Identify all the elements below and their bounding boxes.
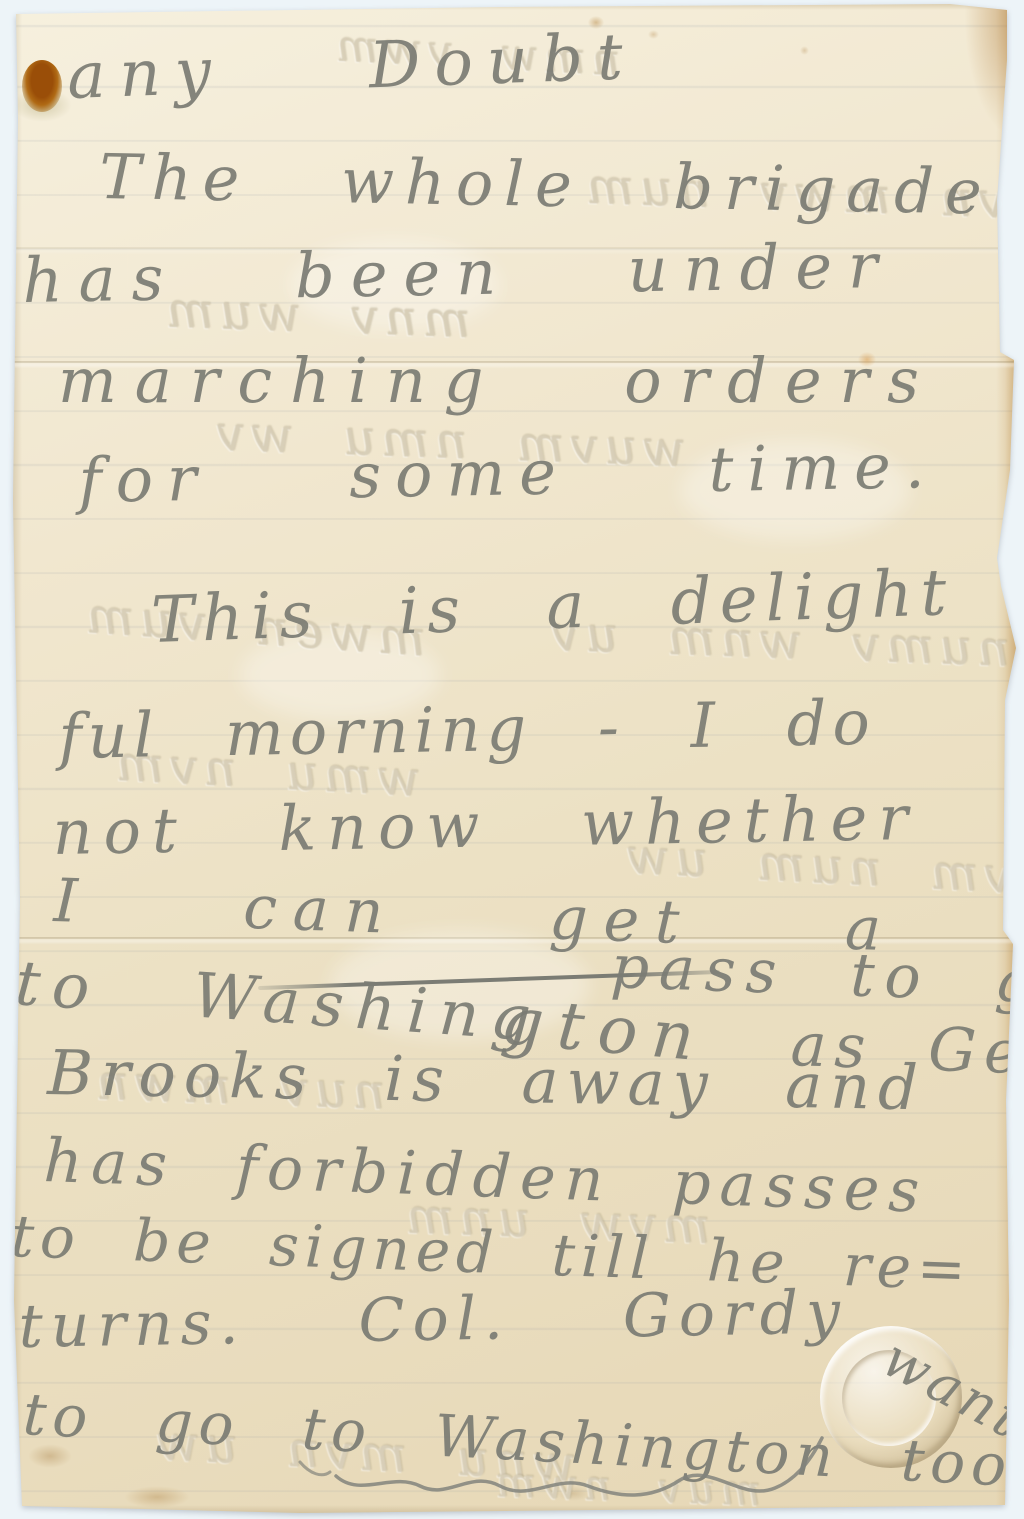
letter-line: for some time. xyxy=(78,429,939,517)
foxing-spot xyxy=(648,30,659,39)
letter-line: The whole brigade xyxy=(99,140,994,229)
paper-corner-top-right xyxy=(964,0,1024,140)
letter-line: ful morning - I do xyxy=(58,686,876,773)
paper-edge-top xyxy=(0,2,1024,10)
letter-page: nmw vwm wuvm nmu wv mwen vum numv wnm uv… xyxy=(0,0,1024,1519)
paper-sheet: nmw vwm wuvm nmu wv mwen vum numv wnm uv… xyxy=(0,0,1024,1519)
letter-line: Brooks is away and xyxy=(47,1036,927,1124)
foxing-spot xyxy=(800,46,809,55)
paper-edge-right xyxy=(996,0,1016,1519)
letter-line: has been under xyxy=(22,229,894,317)
letter-line: turns. Col. Gordy xyxy=(18,1278,849,1362)
letter-line: marching orders xyxy=(58,344,937,417)
letter-line: not know whether xyxy=(52,781,920,869)
letter-scan: nmw vwm wuvm nmu wv mwen vum numv wnm uv… xyxy=(0,0,1024,1519)
red-brown-stain xyxy=(22,60,62,112)
foxing-spot xyxy=(124,1486,190,1508)
